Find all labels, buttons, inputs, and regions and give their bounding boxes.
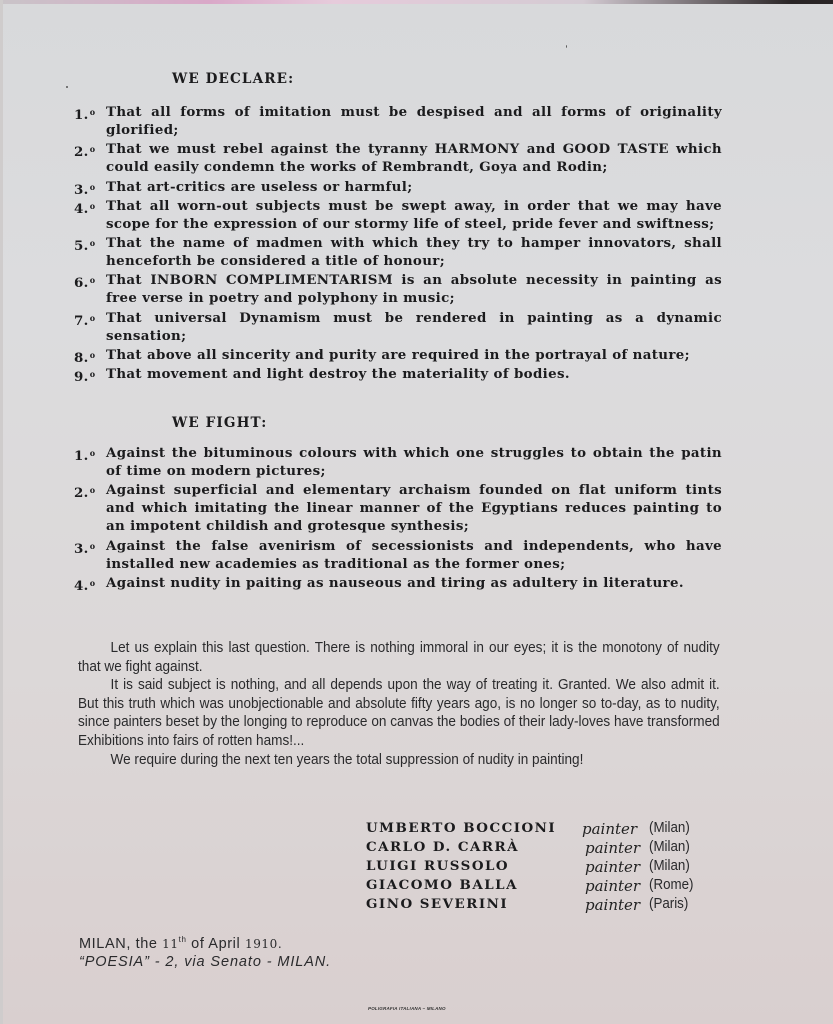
fight-list: 1.oAgainst the bituminous colours with w… bbox=[74, 444, 722, 593]
paragraph: We require during the next ten years the… bbox=[78, 751, 720, 770]
fight-heading: WE FIGHT: bbox=[172, 415, 267, 431]
paragraph: Let us explain this last question. There… bbox=[78, 639, 720, 676]
footer: MILAN, the 11th of April 1910. “POESIA” … bbox=[79, 935, 331, 970]
fight-item: 4.oAgainst nudity in paiting as nauseous… bbox=[74, 574, 722, 592]
declare-item: 8.oThat above all sincerity and purity a… bbox=[74, 346, 722, 364]
declare-item: 6.oThat INBORN COMPLIMENTARISM is an abs… bbox=[74, 271, 722, 307]
item-text: That the name of madmen with which they … bbox=[106, 235, 722, 269]
item-number: 1.o bbox=[74, 444, 95, 465]
signatory-role: painter bbox=[582, 820, 637, 838]
date-month: of April bbox=[191, 936, 240, 952]
declare-heading: WE DECLARE: bbox=[172, 71, 294, 87]
item-number: 1.o bbox=[74, 103, 95, 124]
item-number: 7.o bbox=[74, 309, 95, 330]
signatory-name: CARLO D. CARRÀ bbox=[366, 839, 519, 855]
signatory-role: painter bbox=[585, 877, 640, 895]
item-number: 8.o bbox=[74, 346, 95, 367]
paper-speck bbox=[66, 86, 68, 88]
signatory-name: GINO SEVERINI bbox=[366, 896, 508, 912]
fight-item: 1.oAgainst the bituminous colours with w… bbox=[74, 444, 722, 480]
declare-item: 9.oThat movement and light destroy the m… bbox=[74, 365, 722, 383]
declare-item: 7.oThat universal Dynamism must be rende… bbox=[74, 309, 722, 345]
printer-imprint: POLIGRAFIA ITALIANA – MILANO bbox=[368, 1006, 446, 1011]
fight-item: 2.oAgainst superficial and elementary ar… bbox=[74, 481, 722, 535]
item-text: That we must rebel against the tyranny H… bbox=[106, 141, 722, 175]
date-line: MILAN, the 11th of April 1910. bbox=[79, 935, 331, 952]
explanation-text: Let us explain this last question. There… bbox=[78, 639, 720, 769]
signatory-name: GIACOMO BALLA bbox=[366, 877, 518, 893]
item-number: 5.o bbox=[74, 234, 95, 255]
date-day: 11 bbox=[162, 937, 178, 951]
date-year: 1910. bbox=[245, 937, 282, 951]
item-number: 4.o bbox=[74, 197, 95, 218]
signatory-role: painter bbox=[585, 896, 640, 914]
date-day-suffix: th bbox=[179, 935, 187, 944]
declare-item: 2.oThat we must rebel against the tyrann… bbox=[74, 140, 722, 176]
scan-top-edge bbox=[0, 0, 833, 4]
item-text: That above all sincerity and purity are … bbox=[106, 347, 690, 363]
item-number: 4.o bbox=[74, 574, 95, 595]
signatory-role: painter bbox=[585, 858, 640, 876]
item-number: 2.o bbox=[74, 481, 95, 502]
scan-left-edge bbox=[0, 0, 3, 1024]
item-text: That movement and light destroy the mate… bbox=[106, 366, 570, 382]
item-text: Against nudity in paiting as nauseous an… bbox=[106, 575, 684, 591]
declare-item: 4.oThat all worn-out subjects must be sw… bbox=[74, 197, 722, 233]
signatory-city: (Rome) bbox=[649, 877, 693, 893]
signatory-city: (Milan) bbox=[649, 820, 690, 836]
item-number: 2.o bbox=[74, 140, 95, 161]
signatory-city: (Paris) bbox=[649, 896, 688, 912]
signatory-name: LUIGI RUSSOLO bbox=[366, 858, 509, 874]
item-text: That all forms of imitation must be desp… bbox=[106, 104, 722, 138]
item-text: That art-critics are useless or harmful; bbox=[106, 179, 412, 195]
item-number: 6.o bbox=[74, 271, 95, 292]
signatory-city: (Milan) bbox=[649, 858, 690, 874]
signatory-city: (Milan) bbox=[649, 839, 690, 855]
item-text: Against superficial and elementary archa… bbox=[106, 482, 722, 534]
fight-item: 3.oAgainst the false avenirism of secess… bbox=[74, 537, 722, 573]
paragraph: It is said subject is nothing, and all d… bbox=[78, 676, 720, 750]
item-text: Against the bituminous colours with whic… bbox=[106, 445, 722, 479]
declare-item: 3.oThat art-critics are useless or harmf… bbox=[74, 178, 722, 196]
publisher-address: “POESIA” - 2, via Senato - MILAN. bbox=[79, 954, 331, 970]
date-prefix: MILAN, the bbox=[79, 936, 158, 952]
declare-list: 1.oThat all forms of imitation must be d… bbox=[74, 103, 722, 384]
item-number: 9.o bbox=[74, 365, 95, 386]
item-text: Against the false avenirism of secession… bbox=[106, 538, 722, 572]
item-text: That INBORN COMPLIMENTARISM is an absolu… bbox=[106, 272, 722, 306]
signatory-name: UMBERTO BOCCIONI bbox=[366, 820, 556, 836]
declare-item: 1.oThat all forms of imitation must be d… bbox=[74, 103, 722, 139]
item-text: That all worn-out subjects must be swept… bbox=[106, 198, 722, 232]
item-number: 3.o bbox=[74, 178, 95, 199]
item-number: 3.o bbox=[74, 537, 95, 558]
item-text: That universal Dynamism must be rendered… bbox=[106, 310, 722, 344]
signatory-role: painter bbox=[585, 839, 640, 857]
paper-speck bbox=[566, 45, 567, 48]
declare-item: 5.oThat the name of madmen with which th… bbox=[74, 234, 722, 270]
